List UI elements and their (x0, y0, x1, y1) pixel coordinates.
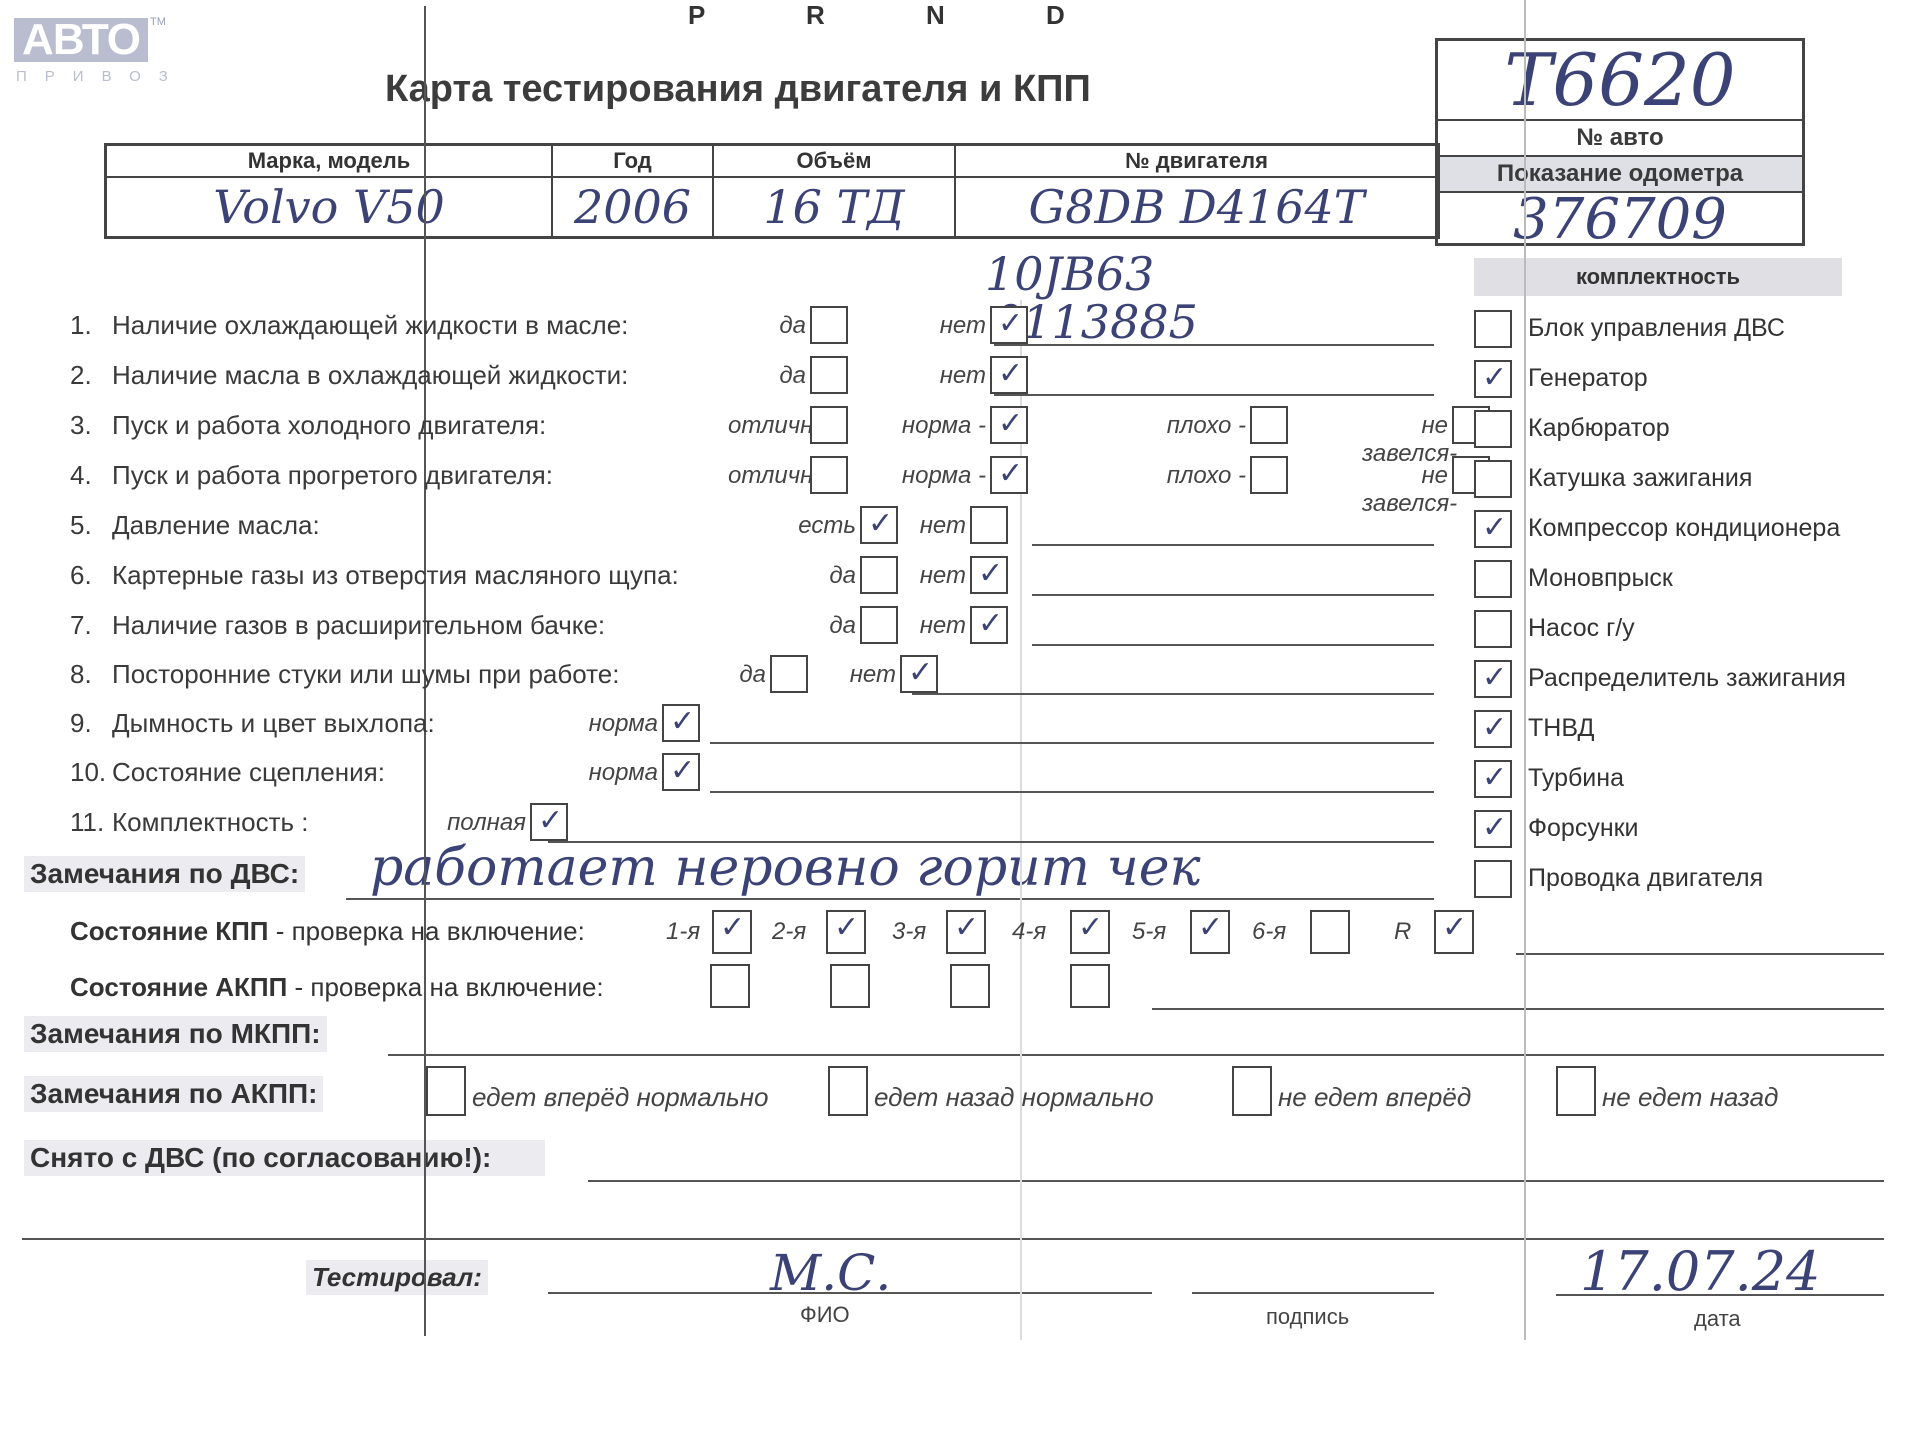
gear-label: R (1394, 918, 1411, 946)
check-number: 3. (70, 410, 112, 441)
check-option-label: не завелся- (1362, 462, 1448, 518)
check-number: 5. (70, 510, 112, 541)
volume-label: Объём (714, 146, 954, 178)
gear-checkbox[interactable] (826, 910, 866, 954)
check-option-checkbox[interactable] (530, 803, 568, 841)
gear-checkbox[interactable] (712, 910, 752, 954)
mkpp-remarks-label: Замечания по МКПП: (24, 1016, 327, 1052)
check-number: 1. (70, 310, 112, 341)
check-option-label: норма - (880, 412, 986, 440)
gear-label: 2-я (772, 918, 806, 946)
check-option-label: отлично- (728, 462, 806, 490)
auto-number-label: № авто (1438, 121, 1802, 157)
check-question: 11.Комплектность : (70, 807, 309, 838)
gear-checkbox[interactable] (1310, 910, 1350, 954)
check-number: 7. (70, 610, 112, 641)
manual-gearbox-label-rest: - проверка на включение: (269, 916, 585, 946)
check-label: Дымность и цвет выхлопа: (112, 708, 435, 738)
check-question: 8.Посторонние стуки или шумы при работе: (70, 659, 619, 690)
gear-label: P (688, 0, 705, 31)
auto-number-box: T6620 № авто Показание одометра 376709 (1435, 38, 1805, 246)
logo: АВТО (14, 18, 148, 62)
auto-gearbox-label: Состояние АКПП - проверка на включение: (70, 972, 604, 1003)
check-option-label: да (728, 362, 806, 390)
completeness-checkbox[interactable] (1474, 510, 1512, 548)
fold-line (1524, 0, 1526, 1340)
completeness-item-label: ТНВД (1528, 714, 1594, 743)
akpp-remark-checkbox[interactable] (1556, 1066, 1596, 1116)
manual-gearbox-label-bold: Состояние КПП (70, 916, 269, 946)
gear-checkbox[interactable] (1070, 910, 1110, 954)
year-cell: Год 2006 (553, 146, 714, 236)
manual-gearbox-label: Состояние КПП - проверка на включение: (70, 916, 585, 947)
check-option-label: плохо - (1152, 412, 1246, 440)
akpp-remark-label: едет вперёд нормально (472, 1082, 768, 1113)
check-option-label: нет (870, 512, 966, 540)
gear-label: 5-я (1132, 918, 1166, 946)
check-question: 7.Наличие газов в расширительном бачке: (70, 610, 605, 641)
gear-checkbox[interactable] (710, 964, 750, 1008)
check-option-label: не завелся- (1362, 412, 1448, 468)
volume-cell: Объём 16 ТД (714, 146, 956, 236)
completeness-checkbox[interactable] (1474, 460, 1512, 498)
check-option-label: да (770, 612, 856, 640)
completeness-item-label: Насос г/у (1528, 614, 1635, 643)
make-model-value[interactable]: Volvo V50 (107, 178, 551, 236)
gear-label: 6-я (1252, 918, 1286, 946)
check-option-checkbox[interactable] (990, 306, 1028, 344)
gear-checkbox[interactable] (830, 964, 870, 1008)
check-option-checkbox[interactable] (810, 406, 848, 444)
check-option-checkbox[interactable] (662, 753, 700, 791)
completeness-checkbox[interactable] (1474, 810, 1512, 848)
completeness-item-label: Карбюратор (1528, 414, 1670, 443)
check-option-label: нет (870, 562, 966, 590)
akpp-remark-checkbox[interactable] (1232, 1066, 1272, 1116)
check-question: 5.Давление масла: (70, 510, 320, 541)
gear-label: D (1046, 0, 1065, 31)
fio-label: ФИО (800, 1302, 850, 1328)
completeness-item-label: Катушка зажигания (1528, 464, 1752, 493)
engine-number-extra-line: 10JB63 (985, 250, 1198, 298)
akpp-remarks-label: Замечания по АКПП: (24, 1076, 323, 1112)
gear-label: 1-я (666, 918, 700, 946)
check-option-checkbox[interactable] (1250, 456, 1288, 494)
akpp-remark-label: не едет назад (1602, 1082, 1778, 1113)
check-note-line[interactable] (710, 742, 1434, 744)
engine-number-cell: № двигателя G8DB D4164T (956, 146, 1437, 236)
gear-label: N (926, 0, 945, 31)
check-label: Состояние сцепления: (112, 757, 385, 787)
engine-remarks-value[interactable]: работает неровно горит чек (370, 840, 1201, 896)
check-label: Посторонние стуки или шумы при работе: (112, 659, 619, 689)
year-value[interactable]: 2006 (553, 178, 712, 236)
engine-remarks-label: Замечания по ДВС: (24, 856, 305, 892)
check-option-label: полная (430, 809, 526, 837)
check-option-label: отлично- (728, 412, 806, 440)
gear-checkbox[interactable] (1070, 964, 1110, 1008)
completeness-item-label: Блок управления ДВС (1528, 314, 1785, 343)
check-note-line[interactable] (1032, 594, 1434, 596)
completeness-checkbox[interactable] (1474, 710, 1512, 748)
completeness-item-label: Генератор (1528, 364, 1648, 393)
check-label: Пуск и работа прогретого двигателя: (112, 460, 553, 490)
engine-number-value[interactable]: G8DB D4164T (956, 178, 1437, 236)
check-option-checkbox[interactable] (990, 406, 1028, 444)
check-note-line[interactable] (994, 344, 1434, 346)
akpp-remark-label: едет назад нормально (874, 1082, 1154, 1113)
check-option-checkbox[interactable] (970, 506, 1008, 544)
check-question: 2.Наличие масла в охлаждающей жидкости: (70, 360, 628, 391)
completeness-item-label: Форсунки (1528, 814, 1639, 843)
check-number: 9. (70, 708, 112, 739)
check-note-line[interactable] (912, 693, 1434, 695)
check-note-line[interactable] (994, 394, 1434, 396)
check-note-line[interactable] (1032, 644, 1434, 646)
akpp-remark-checkbox[interactable] (426, 1066, 466, 1116)
auto-gearbox-label-rest: - проверка на включение: (287, 972, 603, 1002)
check-question: 4.Пуск и работа прогретого двигателя: (70, 460, 553, 491)
make-model-label: Марка, модель (107, 146, 551, 178)
signature-label: подпись (1266, 1304, 1349, 1330)
check-option-checkbox[interactable] (662, 704, 700, 742)
tested-by-label: Тестировал: (306, 1260, 488, 1295)
vehicle-info-table: Марка, модель Volvo V50 Год 2006 Объём 1… (104, 143, 1440, 239)
check-option-label: плохо - (1152, 462, 1246, 490)
signature-line[interactable] (1192, 1292, 1434, 1294)
completeness-checkbox[interactable] (1474, 560, 1512, 598)
check-option-label: норма (574, 759, 658, 787)
akpp-remark-checkbox[interactable] (828, 1066, 868, 1116)
completeness-checkbox[interactable] (1474, 410, 1512, 448)
check-option-checkbox[interactable] (900, 655, 938, 693)
check-number: 6. (70, 560, 112, 591)
logo-subtitle: ПРИВОЗ (16, 68, 186, 85)
auto-gearbox-label-bold: Состояние АКПП (70, 972, 287, 1002)
check-label: Картерные газы из отверстия масляного щу… (112, 560, 679, 590)
gear-checkbox[interactable] (950, 964, 990, 1008)
check-option-label: да (770, 562, 856, 590)
completeness-item-label: Турбина (1528, 764, 1624, 793)
check-option-checkbox[interactable] (810, 356, 848, 394)
engine-remarks-line (346, 898, 1434, 900)
date-value[interactable]: 17.07.24 (1580, 1240, 1820, 1303)
manual-gearbox-line (1516, 953, 1884, 955)
gear-label: 3-я (892, 918, 926, 946)
auto-number-value[interactable]: T6620 (1438, 41, 1802, 121)
check-number: 11. (70, 807, 112, 838)
check-question: 10.Состояние сцепления: (70, 757, 385, 788)
check-question: 9.Дымность и цвет выхлопа: (70, 708, 435, 739)
check-question: 3.Пуск и работа холодного двигателя: (70, 410, 546, 441)
removed-line[interactable] (588, 1180, 1884, 1182)
completeness-item-label: Распределитель зажигания (1528, 664, 1846, 693)
check-option-checkbox[interactable] (990, 356, 1028, 394)
check-question: 6.Картерные газы из отверстия масляного … (70, 560, 679, 591)
check-note-line[interactable] (1032, 544, 1434, 546)
check-option-label: нет (870, 612, 966, 640)
check-option-label: норма - (880, 462, 986, 490)
completeness-checkbox[interactable] (1474, 760, 1512, 798)
check-label: Наличие газов в расширительном бачке: (112, 610, 605, 640)
gear-label: R (806, 0, 825, 31)
check-label: Комплектность : (112, 807, 309, 837)
completeness-checkbox[interactable] (1474, 360, 1512, 398)
year-label: Год (553, 146, 712, 178)
check-option-label: да (680, 661, 766, 689)
page-title: Карта тестирования двигателя и КПП (385, 68, 1091, 111)
mkpp-remarks-line[interactable] (388, 1054, 1884, 1056)
check-number: 4. (70, 460, 112, 491)
completeness-checkbox[interactable] (1474, 610, 1512, 648)
check-label: Пуск и работа холодного двигателя: (112, 410, 546, 440)
check-label: Наличие масла в охлаждающей жидкости: (112, 360, 628, 390)
akpp-remark-label: не едет вперёд (1278, 1082, 1471, 1113)
check-option-label: есть (770, 512, 856, 540)
gear-label: 4-я (1012, 918, 1046, 946)
completeness-checkbox[interactable] (1474, 660, 1512, 698)
completeness-item-label: Проводка двигателя (1528, 864, 1763, 893)
logo-trademark: TM (150, 16, 166, 28)
check-option-checkbox[interactable] (810, 306, 848, 344)
check-option-checkbox[interactable] (990, 456, 1028, 494)
fio-value[interactable]: М.С. (770, 1244, 891, 1302)
check-option-checkbox[interactable] (810, 456, 848, 494)
check-label: Наличие охлаждающей жидкости в масле: (112, 310, 628, 340)
check-question: 1.Наличие охлаждающей жидкости в масле: (70, 310, 628, 341)
check-label: Давление масла: (112, 510, 320, 540)
date-label: дата (1694, 1306, 1741, 1332)
check-number: 8. (70, 659, 112, 690)
check-option-label: норма (574, 710, 658, 738)
completeness-checkbox[interactable] (1474, 310, 1512, 348)
completeness-item-label: Моновпрыск (1528, 564, 1673, 593)
completeness-heading: комплектность (1474, 258, 1842, 296)
check-option-label: нет (880, 312, 986, 340)
completeness-checkbox[interactable] (1474, 860, 1512, 898)
check-option-label: нет (880, 362, 986, 390)
check-option-checkbox[interactable] (1250, 406, 1288, 444)
gear-checkbox[interactable] (1434, 910, 1474, 954)
check-note-line[interactable] (548, 841, 1434, 843)
engine-number-label: № двигателя (956, 146, 1437, 178)
check-number: 10. (70, 757, 112, 788)
removed-label: Снято с ДВС (по согласованию!): (24, 1140, 545, 1176)
gear-checkbox[interactable] (1190, 910, 1230, 954)
check-number: 2. (70, 360, 112, 391)
check-option-label: да (728, 312, 806, 340)
auto-gearbox-line (1152, 1008, 1884, 1010)
gear-checkbox[interactable] (946, 910, 986, 954)
odometer-value[interactable]: 376709 (1438, 193, 1802, 247)
check-option-label: нет (800, 661, 896, 689)
check-option-checkbox[interactable] (970, 556, 1008, 594)
make-model-cell: Марка, модель Volvo V50 (107, 146, 553, 236)
completeness-item-label: Компрессор кондиционера (1528, 514, 1840, 543)
volume-value[interactable]: 16 ТД (714, 178, 954, 236)
check-note-line[interactable] (710, 791, 1434, 793)
check-option-checkbox[interactable] (970, 606, 1008, 644)
